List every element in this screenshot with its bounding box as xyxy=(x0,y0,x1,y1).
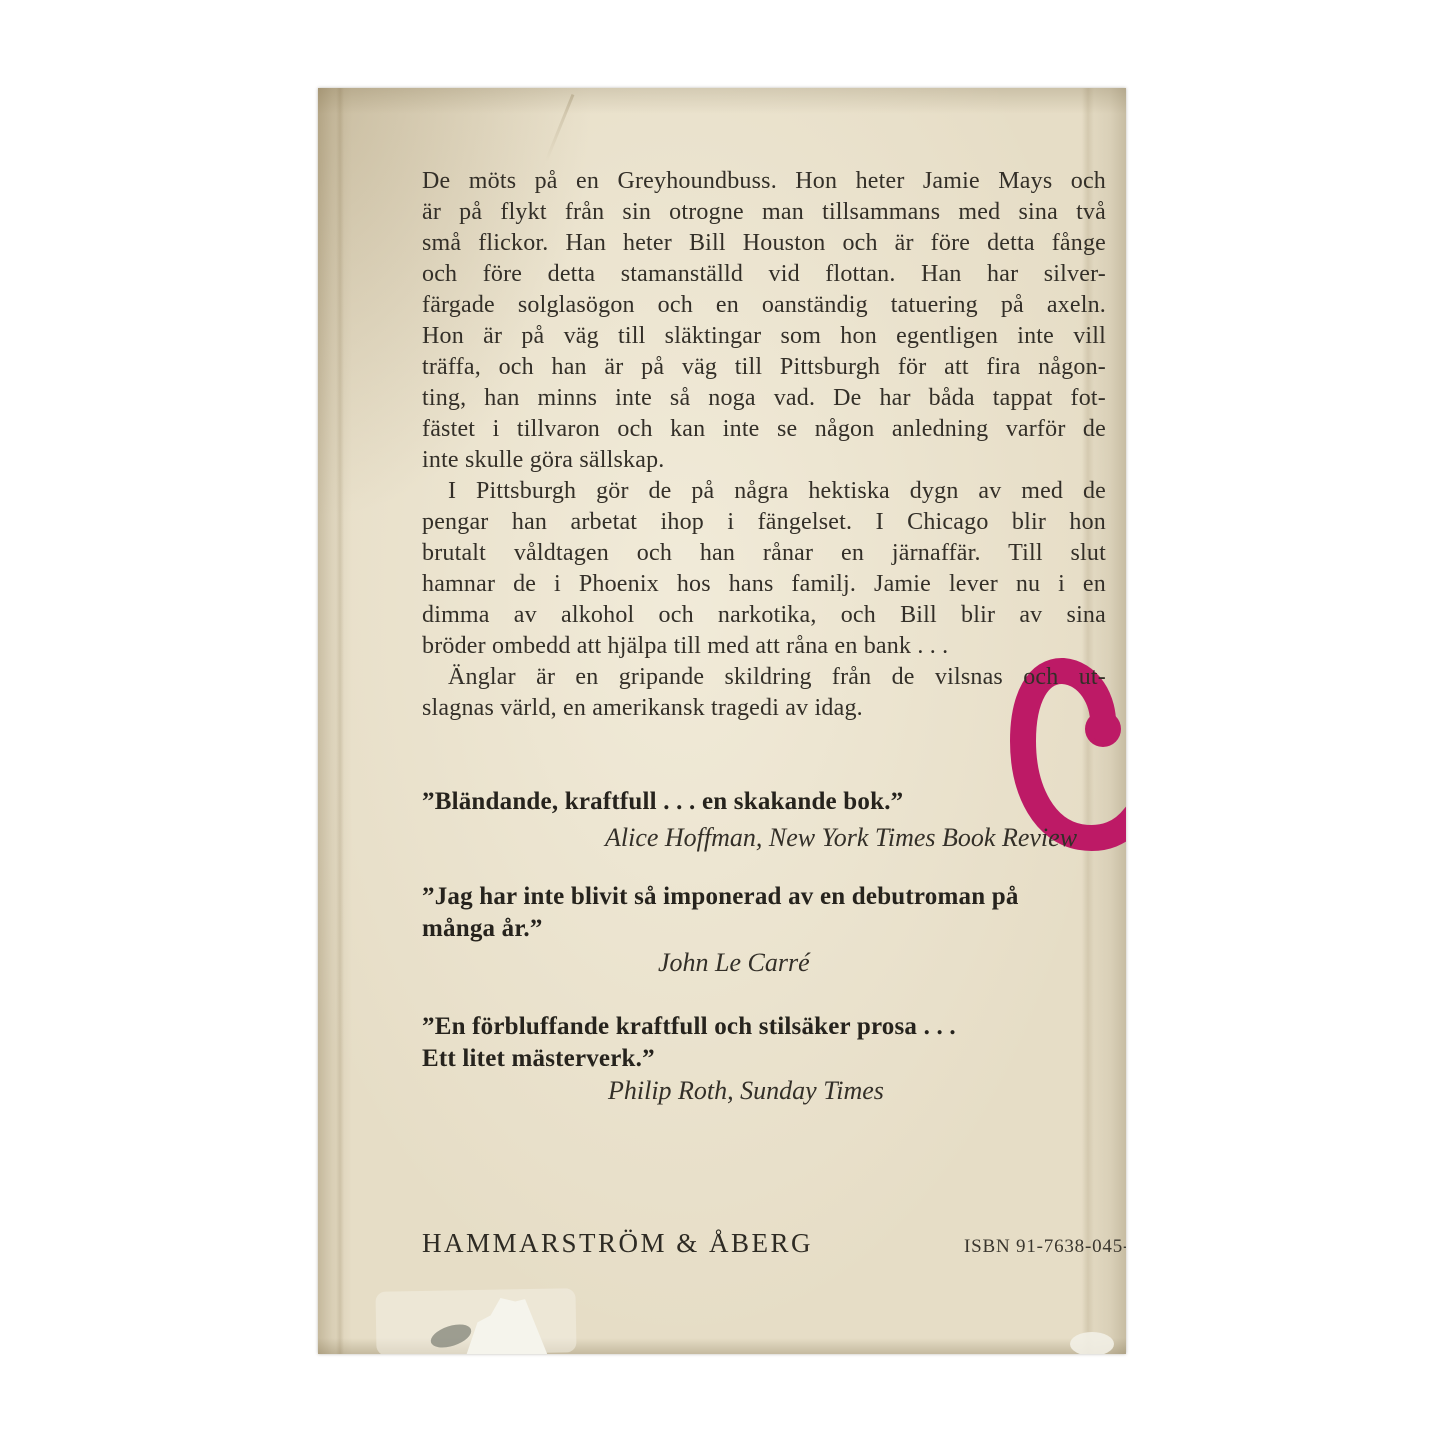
footer-row: HAMMARSTRÖM & ÅBERG ISBN 91-7638-045-9 xyxy=(422,1228,1106,1268)
text-line: brutalt våldtagen och han rånar en järna… xyxy=(422,538,1106,569)
review-quote-roth: ”En förbluffande kraftfull och stilsäker… xyxy=(422,1011,1112,1075)
text-line: bröder ombedd att hjälpa till med att rå… xyxy=(422,631,1106,662)
publisher-name: HAMMARSTRÖM & ÅBERG xyxy=(422,1228,813,1259)
text-line: är på flykt från sin otrogne man tillsam… xyxy=(422,197,1106,228)
book-back-cover: De möts på en Greyhoundbuss. Hon heter J… xyxy=(318,88,1126,1354)
text-line: hamnar de i Phoenix hos hans familj. Jam… xyxy=(422,569,1106,600)
text-line: Ett litet mästerverk.” xyxy=(422,1043,1112,1075)
text-line: ting, han minns inte så noga vad. De har… xyxy=(422,383,1106,414)
isbn-number: ISBN 91-7638-045-9 xyxy=(964,1236,1126,1258)
text-line: fästet i tillvaron och kan inte se någon… xyxy=(422,414,1106,445)
jacket-fold-crease-left xyxy=(336,88,344,1354)
text-line: ”Jag har inte blivit så imponerad av en … xyxy=(422,881,1112,913)
synopsis-paragraph-2: I Pittsburgh gör de på några hektiska dy… xyxy=(422,476,1106,662)
text-line: dimma av alkohol och narkotika, och Bill… xyxy=(422,600,1106,631)
text-line: träffa, och han är på väg till Pittsburg… xyxy=(422,352,1106,383)
text-line: ”Bländande, kraftfull . . . en skakande … xyxy=(422,786,1112,818)
text-line: Hon är på väg till släktingar som hon eg… xyxy=(422,321,1106,352)
review-quote-hoffman: ”Bländande, kraftfull . . . en skakande … xyxy=(422,786,1112,818)
jacket-corner-wear xyxy=(1070,1332,1114,1354)
text-line: inte skulle göra sällskap. xyxy=(422,445,1106,476)
review-quote-lecarre: ”Jag har inte blivit så imponerad av en … xyxy=(422,881,1112,945)
text-line: färgade solglasögon och en oanständig ta… xyxy=(422,290,1106,321)
text-line: och före detta stamanställd vid flottan.… xyxy=(422,259,1106,290)
review-attribution-roth: Philip Roth, Sunday Times xyxy=(608,1076,884,1106)
text-line: I Pittsburgh gör de på några hektiska dy… xyxy=(422,476,1106,507)
text-line: ”En förbluffande kraftfull och stilsäker… xyxy=(422,1011,1112,1043)
text-line: Änglar är en gripande skildring från de … xyxy=(422,662,1106,693)
synopsis-paragraph-3: Änglar är en gripande skildring från de … xyxy=(422,662,1106,724)
review-attribution-hoffman: Alice Hoffman, New York Times Book Revie… xyxy=(605,823,1077,853)
synopsis-paragraph-1: De möts på en Greyhoundbuss. Hon heter J… xyxy=(422,166,1106,476)
photo-background: De möts på en Greyhoundbuss. Hon heter J… xyxy=(0,0,1445,1445)
synopsis-text: De möts på en Greyhoundbuss. Hon heter J… xyxy=(422,166,1106,724)
text-line: De möts på en Greyhoundbuss. Hon heter J… xyxy=(422,166,1106,197)
jacket-crease-top xyxy=(545,94,575,162)
text-line: slagnas värld, en amerikansk tragedi av … xyxy=(422,693,1106,724)
text-line: små flickor. Han heter Bill Houston och … xyxy=(422,228,1106,259)
text-line: pengar han arbetat ihop i fängelset. I C… xyxy=(422,507,1106,538)
text-line: många år.” xyxy=(422,913,1112,945)
review-attribution-lecarre: John Le Carré xyxy=(658,948,810,978)
